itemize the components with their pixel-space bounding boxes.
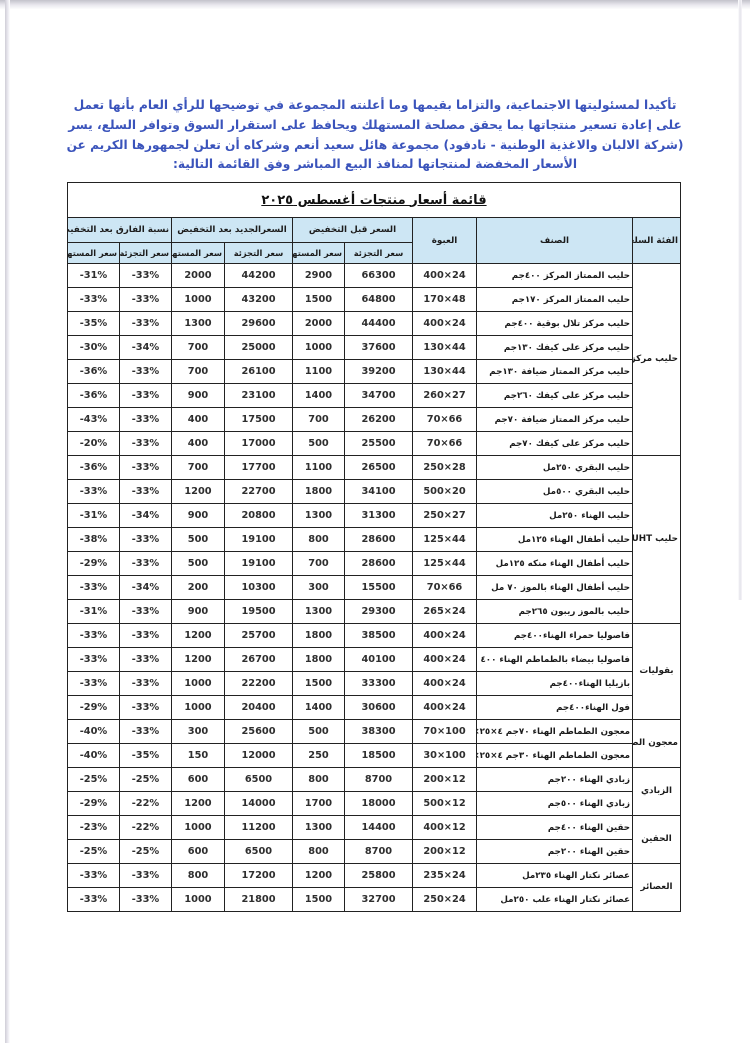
item-cell: معجون الطماطم الهناء ٣٠جم ‭×٢٥×٤‬: [477, 744, 633, 768]
after-consumer-cell: 400: [172, 432, 225, 456]
item-cell: حليب أطفال الهناء منكه ١٢٥مل: [477, 552, 633, 576]
diff-consumer-cell: -33%: [67, 624, 119, 648]
item-cell: حليب أطفال الهناء بالموز ٧٠ مل: [477, 576, 633, 600]
pack-cell: 400×24: [413, 624, 477, 648]
before-consumer-cell: 2000: [293, 312, 345, 336]
table-row: حليب مركز على كيفك ١٣٠جم130×443760010002…: [67, 336, 680, 360]
after-retail-cell: 25600: [225, 720, 293, 744]
diff-consumer-cell: -29%: [67, 696, 119, 720]
table-row: حليب مركز الممتاز ضيافة ٧٠جم70×662620070…: [67, 408, 680, 432]
after-retail-cell: 17200: [225, 864, 293, 888]
category-cell: الحقين: [633, 816, 681, 864]
table-row: حليب مركز تلال بوقية ٤٠٠جم400×2444400200…: [67, 312, 680, 336]
diff-consumer-cell: -29%: [67, 552, 119, 576]
table-row: حليب أطفال الهناء ١٢٥مل125×4428600800191…: [67, 528, 680, 552]
diff-consumer-cell: -40%: [67, 720, 119, 744]
after-retail-cell: 25700: [225, 624, 293, 648]
item-cell: معجون الطماطم الهناء ٧٠جم ‭×٢٥×٤‬: [477, 720, 633, 744]
category-cell: حليب مركز: [633, 264, 681, 456]
before-consumer-cell: 1700: [293, 792, 345, 816]
pack-cell: 170×48: [413, 288, 477, 312]
header-group-before: السعر قبل التخفيض: [293, 218, 413, 243]
table-row: حليب مركز الممتاز ضيافة ١٣٠جم130×4439200…: [67, 360, 680, 384]
diff-retail-cell: -33%: [120, 648, 172, 672]
pack-cell: 250×28: [413, 456, 477, 480]
after-consumer-cell: 1200: [172, 480, 225, 504]
before-consumer-cell: 1800: [293, 624, 345, 648]
after-consumer-cell: 600: [172, 768, 225, 792]
pack-cell: 70×66: [413, 432, 477, 456]
pack-cell: 265×24: [413, 600, 477, 624]
diff-retail-cell: -33%: [120, 480, 172, 504]
diff-retail-cell: -34%: [120, 504, 172, 528]
after-consumer-cell: 600: [172, 840, 225, 864]
before-retail-cell: 8700: [345, 840, 413, 864]
after-consumer-cell: 700: [172, 336, 225, 360]
before-consumer-cell: 700: [293, 408, 345, 432]
diff-consumer-cell: -36%: [67, 360, 119, 384]
after-consumer-cell: 1000: [172, 696, 225, 720]
diff-retail-cell: -34%: [120, 336, 172, 360]
item-cell: عصائر نكتار الهناء ٢٣٥مل: [477, 864, 633, 888]
item-cell: حقين الهناء ٢٠٠جم: [477, 840, 633, 864]
header-before-retail: سعر التجزئة: [345, 243, 413, 264]
pack-cell: 70×66: [413, 576, 477, 600]
before-retail-cell: 28600: [345, 552, 413, 576]
after-consumer-cell: 900: [172, 504, 225, 528]
item-cell: حليب الممتاز المركز ١٧٠جم: [477, 288, 633, 312]
before-consumer-cell: 1100: [293, 360, 345, 384]
before-retail-cell: 44400: [345, 312, 413, 336]
after-consumer-cell: 300: [172, 720, 225, 744]
before-consumer-cell: 1400: [293, 384, 345, 408]
before-retail-cell: 31300: [345, 504, 413, 528]
diff-consumer-cell: -25%: [67, 840, 119, 864]
diff-consumer-cell: -33%: [67, 864, 119, 888]
table-row: حقين الهناء ٢٠٠جم200×1287008006500600-25…: [67, 840, 680, 864]
item-cell: بازيليا الهناء٤٠٠جم: [477, 672, 633, 696]
diff-retail-cell: -33%: [120, 432, 172, 456]
diff-consumer-cell: -33%: [67, 480, 119, 504]
diff-retail-cell: -33%: [120, 888, 172, 912]
table-title-row: قائمة أسعار منتجات أغسطس ٢٠٢٥: [67, 183, 680, 218]
diff-retail-cell: -25%: [120, 768, 172, 792]
before-retail-cell: 38300: [345, 720, 413, 744]
before-retail-cell: 26500: [345, 456, 413, 480]
after-consumer-cell: 2000: [172, 264, 225, 288]
pack-cell: 260×27: [413, 384, 477, 408]
announcement-paragraph: تأكيدا لمسئوليتها الاجتماعية، والتزاما ب…: [66, 96, 684, 175]
before-retail-cell: 14400: [345, 816, 413, 840]
pack-cell: 235×24: [413, 864, 477, 888]
header-category: الفئة السلعية: [633, 218, 681, 264]
before-consumer-cell: 1300: [293, 600, 345, 624]
after-retail-cell: 17000: [225, 432, 293, 456]
before-retail-cell: 18000: [345, 792, 413, 816]
before-retail-cell: 38500: [345, 624, 413, 648]
after-retail-cell: 14000: [225, 792, 293, 816]
diff-retail-cell: -33%: [120, 288, 172, 312]
table-row: بقولياتفاصوليا حمراء الهناء٤٠٠جم400×2438…: [67, 624, 680, 648]
after-consumer-cell: 150: [172, 744, 225, 768]
before-retail-cell: 26200: [345, 408, 413, 432]
before-retail-cell: 29300: [345, 600, 413, 624]
diff-retail-cell: -22%: [120, 816, 172, 840]
category-cell: العصائر: [633, 864, 681, 912]
item-cell: حليب مركز الممتاز ضيافة ٧٠جم: [477, 408, 633, 432]
category-cell: بقوليات: [633, 624, 681, 720]
after-consumer-cell: 1000: [172, 816, 225, 840]
category-cell: معجون الطماطم: [633, 720, 681, 768]
table-row: حليب البقري ٥٠٠مل500×2034100180022700120…: [67, 480, 680, 504]
diff-consumer-cell: -33%: [67, 888, 119, 912]
after-retail-cell: 25000: [225, 336, 293, 360]
diff-retail-cell: -33%: [120, 552, 172, 576]
after-retail-cell: 17500: [225, 408, 293, 432]
item-cell: حليب مركز على كيفك ٧٠جم: [477, 432, 633, 456]
after-retail-cell: 12000: [225, 744, 293, 768]
pack-cell: 400×24: [413, 312, 477, 336]
after-consumer-cell: 1000: [172, 288, 225, 312]
before-retail-cell: 34100: [345, 480, 413, 504]
item-cell: حليب الممتاز المركز ٤٠٠جم: [477, 264, 633, 288]
diff-retail-cell: -33%: [120, 864, 172, 888]
before-consumer-cell: 300: [293, 576, 345, 600]
header-before-consumer: سعر المستهلك: [293, 243, 345, 264]
after-consumer-cell: 1300: [172, 312, 225, 336]
diff-consumer-cell: -40%: [67, 744, 119, 768]
item-cell: حليب مركز على كيفك ١٣٠جم: [477, 336, 633, 360]
before-retail-cell: 8700: [345, 768, 413, 792]
before-consumer-cell: 800: [293, 528, 345, 552]
before-consumer-cell: 1800: [293, 648, 345, 672]
pack-cell: 200×12: [413, 840, 477, 864]
table-row: حليب مركز على كيفك ٧٠جم70×66255005001700…: [67, 432, 680, 456]
before-consumer-cell: 1500: [293, 288, 345, 312]
table-row: حليب الممتاز المركز ١٧٠جم170×48648001500…: [67, 288, 680, 312]
before-consumer-cell: 700: [293, 552, 345, 576]
after-retail-cell: 29600: [225, 312, 293, 336]
item-cell: حقين الهناء ٤٠٠جم: [477, 816, 633, 840]
table-row: حليب أطفال الهناء منكه ١٢٥مل125×44286007…: [67, 552, 680, 576]
after-consumer-cell: 700: [172, 360, 225, 384]
header-after-consumer: سعر المستهلك: [172, 243, 225, 264]
before-retail-cell: 33300: [345, 672, 413, 696]
diff-consumer-cell: -31%: [67, 600, 119, 624]
pack-cell: 500×20: [413, 480, 477, 504]
before-consumer-cell: 1100: [293, 456, 345, 480]
after-consumer-cell: 1000: [172, 672, 225, 696]
table-row: بازيليا الهناء٤٠٠جم400×24333001500222001…: [67, 672, 680, 696]
price-table-body: حليب مركزحليب الممتاز المركز ٤٠٠جم400×24…: [67, 264, 680, 912]
table-row: فول الهناء٤٠٠جم400×24306001400204001000-…: [67, 696, 680, 720]
table-row: العصائرعصائر نكتار الهناء ٢٣٥مل235×24258…: [67, 864, 680, 888]
before-retail-cell: 15500: [345, 576, 413, 600]
category-cell: حليب UHT: [633, 456, 681, 624]
after-consumer-cell: 800: [172, 864, 225, 888]
before-consumer-cell: 1300: [293, 816, 345, 840]
pack-cell: 400×24: [413, 648, 477, 672]
diff-retail-cell: -25%: [120, 840, 172, 864]
before-consumer-cell: 1800: [293, 480, 345, 504]
pack-cell: 130×44: [413, 336, 477, 360]
table-row: حليب بالموز ريبون ٢٦٥جم265×2429300130019…: [67, 600, 680, 624]
diff-retail-cell: -33%: [120, 696, 172, 720]
pack-cell: 70×100: [413, 720, 477, 744]
after-retail-cell: 20400: [225, 696, 293, 720]
diff-consumer-cell: -23%: [67, 816, 119, 840]
table-row: حليب مركز على كيفك ٢٦٠جم260×273470014002…: [67, 384, 680, 408]
diff-consumer-cell: -43%: [67, 408, 119, 432]
diff-consumer-cell: -36%: [67, 456, 119, 480]
diff-retail-cell: -34%: [120, 576, 172, 600]
after-consumer-cell: 700: [172, 456, 225, 480]
table-row: معجون الطماطم الهناء ٣٠جم ‭×٢٥×٤‬30×1001…: [67, 744, 680, 768]
before-consumer-cell: 800: [293, 840, 345, 864]
after-retail-cell: 23100: [225, 384, 293, 408]
before-consumer-cell: 250: [293, 744, 345, 768]
pack-cell: 250×27: [413, 504, 477, 528]
after-consumer-cell: 1000: [172, 888, 225, 912]
header-item: الصنف: [477, 218, 633, 264]
pack-cell: 250×24: [413, 888, 477, 912]
after-retail-cell: 22200: [225, 672, 293, 696]
pack-cell: 30×100: [413, 744, 477, 768]
diff-consumer-cell: -38%: [67, 528, 119, 552]
item-cell: حليب البقري ٢٥٠مل: [477, 456, 633, 480]
header-group-diff: نسبة الفارق بعد التخفيض: [67, 218, 171, 243]
item-cell: عصائر نكتار الهناء علب ٢٥٠مل: [477, 888, 633, 912]
diff-consumer-cell: -33%: [67, 576, 119, 600]
pack-cell: 130×44: [413, 360, 477, 384]
after-consumer-cell: 200: [172, 576, 225, 600]
before-consumer-cell: 1400: [293, 696, 345, 720]
before-retail-cell: 25500: [345, 432, 413, 456]
item-cell: حليب مركز الممتاز ضيافة ١٣٠جم: [477, 360, 633, 384]
after-retail-cell: 6500: [225, 840, 293, 864]
before-retail-cell: 25800: [345, 864, 413, 888]
item-cell: حليب مركز تلال بوقية ٤٠٠جم: [477, 312, 633, 336]
after-consumer-cell: 900: [172, 384, 225, 408]
after-retail-cell: 22700: [225, 480, 293, 504]
diff-retail-cell: -33%: [120, 264, 172, 288]
item-cell: حليب مركز على كيفك ٢٦٠جم: [477, 384, 633, 408]
before-consumer-cell: 1500: [293, 672, 345, 696]
after-retail-cell: 11200: [225, 816, 293, 840]
table-row: حليب الهناء ٢٥٠مل250×2731300130020800900…: [67, 504, 680, 528]
after-retail-cell: 17700: [225, 456, 293, 480]
diff-retail-cell: -33%: [120, 312, 172, 336]
diff-consumer-cell: -20%: [67, 432, 119, 456]
before-consumer-cell: 1300: [293, 504, 345, 528]
item-cell: فاصوليا بيضاء بالطماطم الهناء ٤٠٠ جم: [477, 648, 633, 672]
header-group-row: الفئة السلعية الصنف العبوة السعر قبل الت…: [67, 218, 680, 243]
diff-retail-cell: -33%: [120, 624, 172, 648]
diff-consumer-cell: -33%: [67, 288, 119, 312]
diff-consumer-cell: -29%: [67, 792, 119, 816]
after-retail-cell: 43200: [225, 288, 293, 312]
before-retail-cell: 34700: [345, 384, 413, 408]
diff-retail-cell: -33%: [120, 600, 172, 624]
document-page: تأكيدا لمسئوليتها الاجتماعية، والتزاما ب…: [0, 0, 750, 1043]
after-consumer-cell: 900: [172, 600, 225, 624]
after-retail-cell: 6500: [225, 768, 293, 792]
header-pack: العبوة: [413, 218, 477, 264]
item-cell: فاصوليا حمراء الهناء٤٠٠جم: [477, 624, 633, 648]
diff-consumer-cell: -33%: [67, 648, 119, 672]
diff-retail-cell: -33%: [120, 720, 172, 744]
item-cell: فول الهناء٤٠٠جم: [477, 696, 633, 720]
after-consumer-cell: 1200: [172, 648, 225, 672]
before-retail-cell: 66300: [345, 264, 413, 288]
pack-cell: 125×44: [413, 552, 477, 576]
after-retail-cell: 20800: [225, 504, 293, 528]
item-cell: حليب الهناء ٢٥٠مل: [477, 504, 633, 528]
pack-cell: 400×12: [413, 816, 477, 840]
after-consumer-cell: 500: [172, 528, 225, 552]
header-diff-consumer: سعر المستهلك: [67, 243, 119, 264]
header-after-retail: سعر التجزئة: [225, 243, 293, 264]
before-retail-cell: 37600: [345, 336, 413, 360]
before-retail-cell: 64800: [345, 288, 413, 312]
before-consumer-cell: 1500: [293, 888, 345, 912]
table-row: حليب مركزحليب الممتاز المركز ٤٠٠جم400×24…: [67, 264, 680, 288]
before-consumer-cell: 2900: [293, 264, 345, 288]
before-retail-cell: 39200: [345, 360, 413, 384]
after-retail-cell: 44200: [225, 264, 293, 288]
pack-cell: 70×66: [413, 408, 477, 432]
diff-consumer-cell: -33%: [67, 672, 119, 696]
before-consumer-cell: 1200: [293, 864, 345, 888]
diff-consumer-cell: -25%: [67, 768, 119, 792]
diff-retail-cell: -33%: [120, 528, 172, 552]
before-consumer-cell: 500: [293, 432, 345, 456]
item-cell: حليب بالموز ريبون ٢٦٥جم: [477, 600, 633, 624]
after-retail-cell: 26700: [225, 648, 293, 672]
header-diff-retail: سعر التجزئة: [120, 243, 172, 264]
table-row: حليب أطفال الهناء بالموز ٧٠ مل70×6615500…: [67, 576, 680, 600]
after-retail-cell: 19100: [225, 552, 293, 576]
diff-retail-cell: -33%: [120, 408, 172, 432]
after-retail-cell: 21800: [225, 888, 293, 912]
before-consumer-cell: 500: [293, 720, 345, 744]
before-retail-cell: 32700: [345, 888, 413, 912]
item-cell: زبادي الهناء ٢٠٠جم: [477, 768, 633, 792]
after-consumer-cell: 500: [172, 552, 225, 576]
table-row: زبادي الهناء ٥٠٠جم500×121800017001400012…: [67, 792, 680, 816]
table-row: حليب UHTحليب البقري ٢٥٠مل250×28265001100…: [67, 456, 680, 480]
pack-cell: 200×12: [413, 768, 477, 792]
after-consumer-cell: 1200: [172, 624, 225, 648]
diff-retail-cell: -33%: [120, 456, 172, 480]
item-cell: زبادي الهناء ٥٠٠جم: [477, 792, 633, 816]
table-title: قائمة أسعار منتجات أغسطس ٢٠٢٥: [67, 183, 680, 218]
after-consumer-cell: 400: [172, 408, 225, 432]
pack-cell: 400×24: [413, 672, 477, 696]
diff-consumer-cell: -31%: [67, 504, 119, 528]
after-retail-cell: 10300: [225, 576, 293, 600]
before-retail-cell: 30600: [345, 696, 413, 720]
before-retail-cell: 28600: [345, 528, 413, 552]
diff-retail-cell: -33%: [120, 672, 172, 696]
item-cell: حليب أطفال الهناء ١٢٥مل: [477, 528, 633, 552]
before-retail-cell: 18500: [345, 744, 413, 768]
diff-consumer-cell: -30%: [67, 336, 119, 360]
category-cell: الزبادي: [633, 768, 681, 816]
pack-cell: 400×24: [413, 264, 477, 288]
diff-consumer-cell: -35%: [67, 312, 119, 336]
after-consumer-cell: 1200: [172, 792, 225, 816]
diff-consumer-cell: -36%: [67, 384, 119, 408]
header-group-after: السعرالجديد بعد التخفيض: [172, 218, 293, 243]
diff-consumer-cell: -31%: [67, 264, 119, 288]
pack-cell: 500×12: [413, 792, 477, 816]
table-row: الزباديزبادي الهناء ٢٠٠جم200×12870080065…: [67, 768, 680, 792]
diff-retail-cell: -35%: [120, 744, 172, 768]
diff-retail-cell: -33%: [120, 360, 172, 384]
pack-cell: 400×24: [413, 696, 477, 720]
diff-retail-cell: -33%: [120, 384, 172, 408]
item-cell: حليب البقري ٥٠٠مل: [477, 480, 633, 504]
price-table: قائمة أسعار منتجات أغسطس ٢٠٢٥ الفئة السل…: [67, 182, 681, 912]
pack-cell: 125×44: [413, 528, 477, 552]
table-row: عصائر نكتار الهناء علب ٢٥٠مل250×24327001…: [67, 888, 680, 912]
after-retail-cell: 19500: [225, 600, 293, 624]
after-retail-cell: 26100: [225, 360, 293, 384]
before-consumer-cell: 800: [293, 768, 345, 792]
table-row: معجون الطماطممعجون الطماطم الهناء ٧٠جم ‭…: [67, 720, 680, 744]
before-consumer-cell: 1000: [293, 336, 345, 360]
diff-retail-cell: -22%: [120, 792, 172, 816]
table-row: الحقينحقين الهناء ٤٠٠جم400×1214400130011…: [67, 816, 680, 840]
after-retail-cell: 19100: [225, 528, 293, 552]
table-row: فاصوليا بيضاء بالطماطم الهناء ٤٠٠ جم400×…: [67, 648, 680, 672]
before-retail-cell: 40100: [345, 648, 413, 672]
